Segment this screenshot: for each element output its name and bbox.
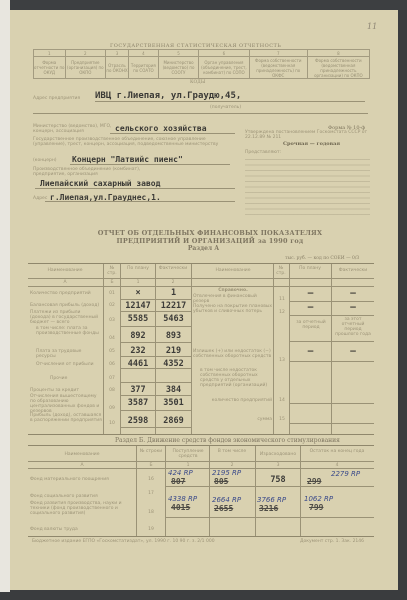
row-label: в том числе недостаток собственных оборо… <box>200 368 272 388</box>
v-line <box>165 446 166 536</box>
org-label: Государственное производственное объедин… <box>33 137 233 147</box>
row-number: 14 <box>276 398 288 403</box>
cell-actual: 219 <box>156 346 191 356</box>
row-label: Получено на покрытие плановых убытков и … <box>193 304 273 314</box>
v-line <box>273 264 274 434</box>
row-line <box>290 301 374 302</box>
row-line <box>121 368 191 369</box>
code-col-6: 7 <box>249 50 307 57</box>
row-number: 16 <box>138 477 164 482</box>
row-line <box>121 427 191 428</box>
code-label: Отрасль по ОКОНХ <box>106 57 129 79</box>
cell-plan: − <box>290 303 331 313</box>
row-line <box>121 326 191 327</box>
row-number: 04 <box>106 336 118 341</box>
cell-plan: − <box>290 289 331 299</box>
reference-title: Справочно. <box>193 288 273 293</box>
subheader-divider <box>28 468 374 469</box>
code-col-3: 4 <box>128 50 158 57</box>
row-label: количество предприятий <box>208 398 272 403</box>
ministry-value: сельского хозяйства <box>115 124 207 133</box>
code-col-5: 6 <box>199 50 250 57</box>
cell-plan: 377 <box>121 385 155 395</box>
row-line <box>165 517 374 518</box>
col-sub-b: Б <box>138 463 164 468</box>
approval-note: Утверждена постановлением Госкомстата СС… <box>245 130 370 140</box>
subheader-current-period: за отчетный период <box>292 320 330 330</box>
cell-plan: 5585 <box>121 314 155 324</box>
row-line <box>290 315 374 316</box>
row-line <box>290 341 374 342</box>
row-number: 02 <box>106 303 118 308</box>
col-header-used: Израсходовано <box>257 452 299 457</box>
code-label: Территория по СОАТО <box>128 57 158 79</box>
row-label: сумма <box>208 417 272 422</box>
row-line <box>290 361 374 362</box>
row-label: Фонд социального развития <box>30 494 134 499</box>
handwritten-correction: 2664 RP <box>212 496 241 504</box>
handwritten-correction: 424 RP <box>168 469 193 477</box>
col-sub-1: 1 <box>167 463 209 468</box>
row-label: Излишек (+) или недостаток (−) собственн… <box>193 349 273 359</box>
v-line <box>136 446 137 536</box>
v-line <box>191 264 192 434</box>
handwritten-correction: 2279 RP <box>331 470 360 478</box>
col-header-name-2: Наименование <box>193 268 273 273</box>
code-label: Форма собственности (ведомственная прина… <box>249 57 307 79</box>
table-a: Наименование № стр. По плану Фактически … <box>28 263 374 435</box>
row-line <box>121 395 191 396</box>
col-header-remaining: Остаток на конец года <box>302 449 372 454</box>
cell-actual: 384 <box>156 385 191 395</box>
concern-label: (концерн) <box>33 158 57 163</box>
cell-actual: − <box>332 347 374 357</box>
v-line <box>103 264 104 434</box>
struck-value: 3216 <box>259 504 278 513</box>
units-note: тыс. руб. — код по СОЕИ — 0/3 <box>285 256 359 261</box>
handwritten-correction: 3766 RP <box>257 496 286 504</box>
handwritten-correction: 1062 RP <box>304 495 333 503</box>
row-line <box>121 382 191 383</box>
col-header-including: В том числе <box>211 449 253 454</box>
struck-value: 4015 <box>171 503 190 512</box>
row-label: Фонд валюты труда <box>30 527 134 532</box>
row-number: 10 <box>106 421 118 426</box>
row-label: Отчисления вышестоящему по образованию ц… <box>30 394 102 414</box>
instructions-text-block <box>245 156 370 218</box>
col-header-row-no-2: № стр. <box>275 266 287 276</box>
cell-used: 758 <box>257 475 299 485</box>
row-label: Плата за трудовые ресурсы <box>36 349 102 359</box>
codes-table: 1 2 3 4 5 6 7 8 Форма отчетности по ОКУД… <box>33 49 370 79</box>
address-underline <box>95 101 365 102</box>
v-line <box>300 446 301 536</box>
concern-underline <box>70 164 230 165</box>
row-number: 06 <box>106 362 118 367</box>
col-sub-1: 1 <box>123 280 153 285</box>
subheader-divider <box>28 286 374 287</box>
production-label: Производственное объединение (комбинат),… <box>33 167 173 177</box>
struck-value: 799 <box>309 503 323 512</box>
row-number: 13 <box>276 358 288 363</box>
scan-left-margin <box>0 0 10 600</box>
col-sub-2: 2 <box>156 280 190 285</box>
col-sub-a: А <box>30 463 134 468</box>
col-header-actual: Фактически <box>156 266 190 271</box>
handwritten-correction: 4338 RP <box>168 495 197 503</box>
divider <box>33 113 368 114</box>
plant-value: Лиепайский сахарный завод <box>40 179 160 188</box>
ministry-underline <box>110 133 235 134</box>
code-label: Министерство (ведомство) по СООГУ <box>158 57 198 79</box>
row-line <box>290 403 374 404</box>
code-label: Орган управления (объединение, трест, ко… <box>199 57 250 79</box>
cell-plan: 892 <box>121 331 155 341</box>
row-line <box>121 410 191 411</box>
row-label: Фонд материального поощрения <box>30 477 134 482</box>
section-b-title: Раздел Б. Движение средств фондов эконом… <box>115 437 340 444</box>
code-col-2: 3 <box>106 50 129 57</box>
present-to-label: Представляют: <box>245 150 370 155</box>
cell-plan: 2598 <box>121 416 155 426</box>
row-line <box>121 299 191 300</box>
row-line <box>121 342 191 343</box>
cell-actual: 893 <box>156 331 191 341</box>
code-col-1: 2 <box>65 50 105 57</box>
row-label: Количество предприятий <box>30 291 102 296</box>
v-line <box>255 446 256 536</box>
col-header-name: Наименование <box>30 268 100 273</box>
table-b: Наименование № строки Поступление средст… <box>28 445 374 537</box>
concern-value: Концерн "Латвийс пиенс" <box>72 155 183 164</box>
row-number: 05 <box>106 349 118 354</box>
code-col-0: 1 <box>34 50 66 57</box>
address-value: ИВЦ г.Лиепая, ул.Граудю,45, <box>95 91 241 101</box>
row-line <box>165 486 374 487</box>
codes-footer: КОДЫ <box>190 80 205 85</box>
cell-plan: − <box>290 347 331 357</box>
row-number: 18 <box>138 510 164 515</box>
code-label: Форма отчетности по ОКУД <box>34 57 66 79</box>
report-title: ОТЧЕТ ОБ ОТДЕЛЬНЫХ ФИНАНСОВЫХ ПОКАЗАТЕЛЯ… <box>60 229 360 245</box>
row-label: Отчисления от прибыли <box>36 362 102 367</box>
col-header-received: Поступление средств <box>167 449 209 459</box>
col-header-name: Наименование <box>30 452 134 457</box>
code-col-4: 5 <box>158 50 198 57</box>
cell-actual: 2869 <box>156 416 191 426</box>
report-title-line2: ПРЕДПРИЯТИЙ И ОРГАНИЗАЦИЙ за 1990 год <box>60 237 360 245</box>
col-header-row-no: № строки <box>138 449 164 454</box>
cell-plan: × <box>121 288 155 298</box>
struck-value: 299 <box>307 477 321 486</box>
row-number: 07 <box>106 376 118 381</box>
plant-underline <box>35 188 235 189</box>
header-divider <box>28 278 374 279</box>
section-a-title: Раздел А <box>0 245 407 252</box>
row-label: Отвлечения в финансовый резерв <box>193 294 273 304</box>
report-title-line1: ОТЧЕТ ОБ ОТДЕЛЬНЫХ ФИНАНСОВЫХ ПОКАЗАТЕЛЯ… <box>60 229 360 237</box>
row-line <box>290 423 374 424</box>
row-number: 09 <box>106 406 118 411</box>
cell-actual: 12217 <box>156 301 191 311</box>
handwritten-correction: 2195 RP <box>212 469 241 477</box>
page-number: 11 <box>367 22 377 31</box>
col-header-actual-2: Фактически <box>333 268 373 273</box>
col-sub-a: А <box>30 280 100 285</box>
struck-value: 2655 <box>214 504 233 513</box>
row-number: 11 <box>276 297 288 302</box>
row-line <box>121 311 191 312</box>
col-sub-2: 2 <box>211 463 253 468</box>
col-header-plan-2: По плану <box>290 266 330 271</box>
row-line <box>121 356 191 357</box>
address-label: Адрес предприятия <box>33 96 80 101</box>
deadline-label: Срочная — годовая <box>283 141 340 147</box>
row-number: 08 <box>106 388 118 393</box>
row-number: 01 <box>106 291 118 296</box>
struck-value: 807 <box>171 477 185 486</box>
cell-plan: 232 <box>121 346 155 356</box>
row-label: Прибыль (доход), оставшаяся в распоряжен… <box>30 413 102 423</box>
cell-actual: 1 <box>156 288 191 298</box>
row-label: Проценты за кредит <box>30 388 102 393</box>
cell-actual: − <box>332 289 374 299</box>
plant-address-underline <box>45 201 235 202</box>
footer-right: Документ стр. 1. Зак. 2146 <box>300 539 380 544</box>
code-col-7: 8 <box>307 50 369 57</box>
scan-bottom-border <box>0 592 407 600</box>
cell-actual: − <box>332 303 374 313</box>
col-sub-b: Б <box>106 280 118 285</box>
col-sub-3: 3 <box>257 463 299 468</box>
row-number: 03 <box>106 318 118 323</box>
row-label: Балансовая прибыль (доход) <box>30 303 102 308</box>
row-label: в том числе: плата за производственные ф… <box>36 326 102 336</box>
code-label: Форма собственности (ведомственная прина… <box>307 57 369 79</box>
header-divider <box>28 461 374 462</box>
col-header-row-no: № стр. <box>106 266 118 276</box>
cell-actual: 5463 <box>156 314 191 324</box>
cell-plan: 12147 <box>121 301 155 311</box>
v-line <box>209 446 210 536</box>
code-label: Предприятие (организация) по ОКПО <box>65 57 105 79</box>
row-number: 12 <box>276 310 288 315</box>
cell-plan: 3587 <box>121 398 155 408</box>
ministry-label: Министерство (ведомство), МГО, концерн, … <box>33 124 113 134</box>
subheader-last-year: за этот отчетный период прошлого года <box>334 317 372 337</box>
row-label: Фонд развития производства, науки и техн… <box>30 501 134 516</box>
address-sublabel: (получатель) <box>210 105 241 110</box>
col-sub-4: 4 <box>302 463 372 468</box>
scan-top-border <box>0 0 407 10</box>
row-number: 19 <box>138 527 164 532</box>
col-header-plan: По плану <box>123 266 153 271</box>
row-label: Прочие <box>50 376 102 381</box>
struck-value: 805 <box>214 477 228 486</box>
row-label: Платежи из прибыли (дохода) в государств… <box>30 310 102 325</box>
row-number: 15 <box>276 417 288 422</box>
cell-actual: 3501 <box>156 398 191 408</box>
footer-left: Бюджетное издание ЕГПО «Госкомстатиздат»… <box>32 539 232 544</box>
row-number: 17 <box>138 491 164 496</box>
